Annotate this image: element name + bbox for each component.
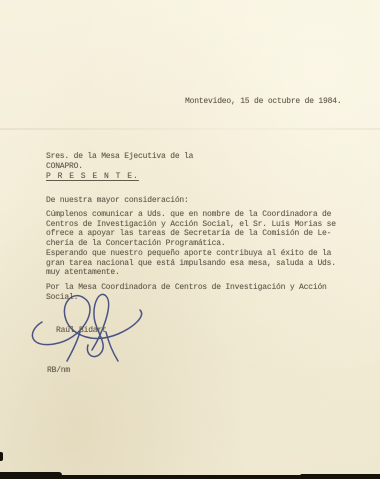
salutation: De nuestra mayor consideración: (46, 196, 189, 206)
typist-initials: RB/nm (47, 366, 70, 376)
paper-crease (0, 128, 380, 130)
recipient-presente-line: P R E S E N T E. (46, 172, 139, 182)
scan-edge-bottom-right (300, 474, 380, 479)
scanned-letter-page: Montevideo, 15 de octubre de 1984. Sres.… (0, 0, 380, 479)
recipient-line-2: CONAPRO. (46, 162, 83, 172)
body-paragraph-1: Cúmplenos comunicar a Uds. que en nombre… (46, 210, 336, 248)
scan-edge-left-notch (0, 452, 3, 461)
signer-name: Raúl Bidart (56, 326, 107, 336)
body-paragraph-2: Esperando que nuestro pequeño aporte con… (46, 249, 336, 278)
scan-edge-bottom-left (0, 472, 62, 479)
date-line: Montevideo, 15 de octubre de 1984. (185, 97, 341, 107)
recipient-line-1: Sres. de la Mesa Ejecutiva de la (46, 152, 193, 162)
